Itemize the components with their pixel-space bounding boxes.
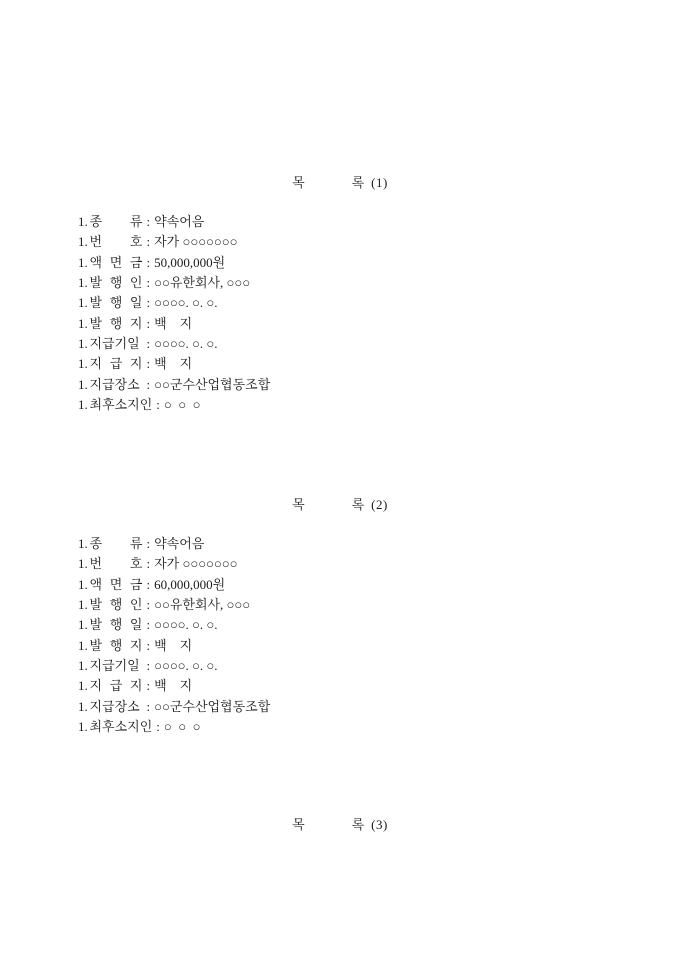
item-value: ○○○○. ○. ○. [154, 617, 217, 632]
item-value: ○○군수산업협동조합 [154, 377, 270, 392]
item-separator: : [143, 676, 155, 696]
item-separator: : [143, 575, 155, 595]
item-separator: : [143, 636, 155, 656]
list-item: 1.번 호:자가 ○○○○○○○ [78, 554, 270, 574]
item-separator: : [152, 717, 164, 737]
item-label: 지 급 지 [90, 676, 143, 696]
item-value: 백 지 [154, 356, 192, 371]
section-heading-number: (1) [371, 173, 388, 193]
item-separator: : [143, 697, 155, 717]
item-marker: 1. [78, 354, 90, 374]
item-marker: 1. [78, 554, 90, 574]
item-separator: : [143, 314, 155, 334]
item-marker: 1. [78, 656, 90, 676]
list-item: 1.발 행 일:○○○○. ○. ○. [78, 615, 270, 635]
item-value: 약속어음 [154, 536, 204, 551]
item-marker: 1. [78, 595, 90, 615]
item-separator: : [143, 534, 155, 554]
list-item: 1.발 행 인:○○유한회사, ○○○ [78, 595, 270, 615]
section-heading-number: (2) [371, 495, 388, 515]
item-label: 지급장소 [90, 375, 143, 395]
item-value: ○○유한회사, ○○○ [154, 275, 250, 290]
item-label: 발 행 지 [90, 636, 143, 656]
item-marker: 1. [78, 232, 90, 252]
list-item: 1.지 급 지:백 지 [78, 676, 270, 696]
section-heading-number: (3) [371, 815, 388, 835]
item-marker: 1. [78, 273, 90, 293]
item-label: 종 류 [90, 534, 143, 554]
item-separator: : [143, 656, 155, 676]
section-heading-title: 목 록 [292, 495, 364, 515]
item-marker: 1. [78, 534, 90, 554]
item-separator: : [152, 395, 164, 415]
item-value: 자가 ○○○○○○○ [154, 234, 237, 249]
item-separator: : [143, 595, 155, 615]
item-value: 약속어음 [154, 214, 204, 229]
list-item: 1.발 행 일:○○○○. ○. ○. [78, 293, 270, 313]
item-value: 백 지 [154, 316, 192, 331]
item-separator: : [143, 253, 155, 273]
item-value: 백 지 [154, 678, 192, 693]
item-label: 발 행 일 [90, 615, 143, 635]
item-value: 자가 ○○○○○○○ [154, 556, 237, 571]
item-value: ○○유한회사, ○○○ [154, 597, 250, 612]
item-value: ○ ○ ○ [164, 397, 201, 412]
item-marker: 1. [78, 636, 90, 656]
item-marker: 1. [78, 575, 90, 595]
item-separator: : [143, 273, 155, 293]
item-separator: : [143, 615, 155, 635]
item-marker: 1. [78, 676, 90, 696]
item-label: 발 행 인 [90, 595, 143, 615]
item-value: ○ ○ ○ [164, 719, 201, 734]
section-3-heading: 목 록 (3) [0, 815, 680, 835]
item-value: 백 지 [154, 638, 192, 653]
item-separator: : [143, 375, 155, 395]
item-label: 지 급 지 [90, 354, 143, 374]
list-item: 1.지급기일:○○○○. ○. ○. [78, 334, 270, 354]
item-marker: 1. [78, 253, 90, 273]
list-item: 1.종 류:약속어음 [78, 212, 270, 232]
item-value: ○○○○. ○. ○. [154, 336, 217, 351]
item-label: 액 면 금 [90, 253, 143, 273]
item-label: 지급기일 [90, 334, 143, 354]
item-label: 지급기일 [90, 656, 143, 676]
item-marker: 1. [78, 717, 90, 737]
list-item: 1.액 면 금:50,000,000원 [78, 253, 270, 273]
list-item: 1.발 행 지:백 지 [78, 314, 270, 334]
item-label: 액 면 금 [90, 575, 143, 595]
item-separator: : [143, 554, 155, 574]
list-item: 1.액 면 금:60,000,000원 [78, 575, 270, 595]
document-page: 목 록 (1) 1.종 류:약속어음 1.번 호:자가 ○○○○○○○ 1.액 … [0, 0, 680, 962]
list-item: 1.번 호:자가 ○○○○○○○ [78, 232, 270, 252]
list-item: 1.발 행 지:백 지 [78, 636, 270, 656]
item-label: 번 호 [90, 554, 143, 574]
item-separator: : [143, 334, 155, 354]
list-item: 1.발 행 인:○○유한회사, ○○○ [78, 273, 270, 293]
section-1-heading: 목 록 (1) [0, 173, 680, 193]
item-marker: 1. [78, 293, 90, 313]
item-marker: 1. [78, 314, 90, 334]
item-label: 최후소지인 [90, 395, 153, 415]
item-label: 최후소지인 [90, 717, 153, 737]
item-separator: : [143, 212, 155, 232]
item-marker: 1. [78, 212, 90, 232]
list-item: 1.최후소지인:○ ○ ○ [78, 717, 270, 737]
item-value: 50,000,000원 [154, 255, 225, 270]
section-2-heading: 목 록 (2) [0, 495, 680, 515]
section-heading-title: 목 록 [292, 815, 364, 835]
list-item: 1.최후소지인:○ ○ ○ [78, 395, 270, 415]
list-item: 1.종 류:약속어음 [78, 534, 270, 554]
list-item: 1.지급기일:○○○○. ○. ○. [78, 656, 270, 676]
item-separator: : [143, 232, 155, 252]
item-label: 발 행 인 [90, 273, 143, 293]
item-separator: : [143, 354, 155, 374]
item-label: 번 호 [90, 232, 143, 252]
item-separator: : [143, 293, 155, 313]
item-label: 지급장소 [90, 697, 143, 717]
section-1-list: 1.종 류:약속어음 1.번 호:자가 ○○○○○○○ 1.액 면 금:50,0… [78, 212, 270, 415]
item-marker: 1. [78, 334, 90, 354]
item-label: 발 행 일 [90, 293, 143, 313]
item-marker: 1. [78, 395, 90, 415]
list-item: 1.지급장소:○○군수산업협동조합 [78, 697, 270, 717]
item-marker: 1. [78, 697, 90, 717]
item-value: 60,000,000원 [154, 577, 225, 592]
item-value: ○○군수산업협동조합 [154, 699, 270, 714]
list-item: 1.지 급 지:백 지 [78, 354, 270, 374]
item-value: ○○○○. ○. ○. [154, 658, 217, 673]
item-label: 발 행 지 [90, 314, 143, 334]
item-label: 종 류 [90, 212, 143, 232]
section-heading-title: 목 록 [292, 173, 364, 193]
item-value: ○○○○. ○. ○. [154, 295, 217, 310]
section-2-list: 1.종 류:약속어음 1.번 호:자가 ○○○○○○○ 1.액 면 금:60,0… [78, 534, 270, 737]
item-marker: 1. [78, 615, 90, 635]
list-item: 1.지급장소:○○군수산업협동조합 [78, 375, 270, 395]
item-marker: 1. [78, 375, 90, 395]
